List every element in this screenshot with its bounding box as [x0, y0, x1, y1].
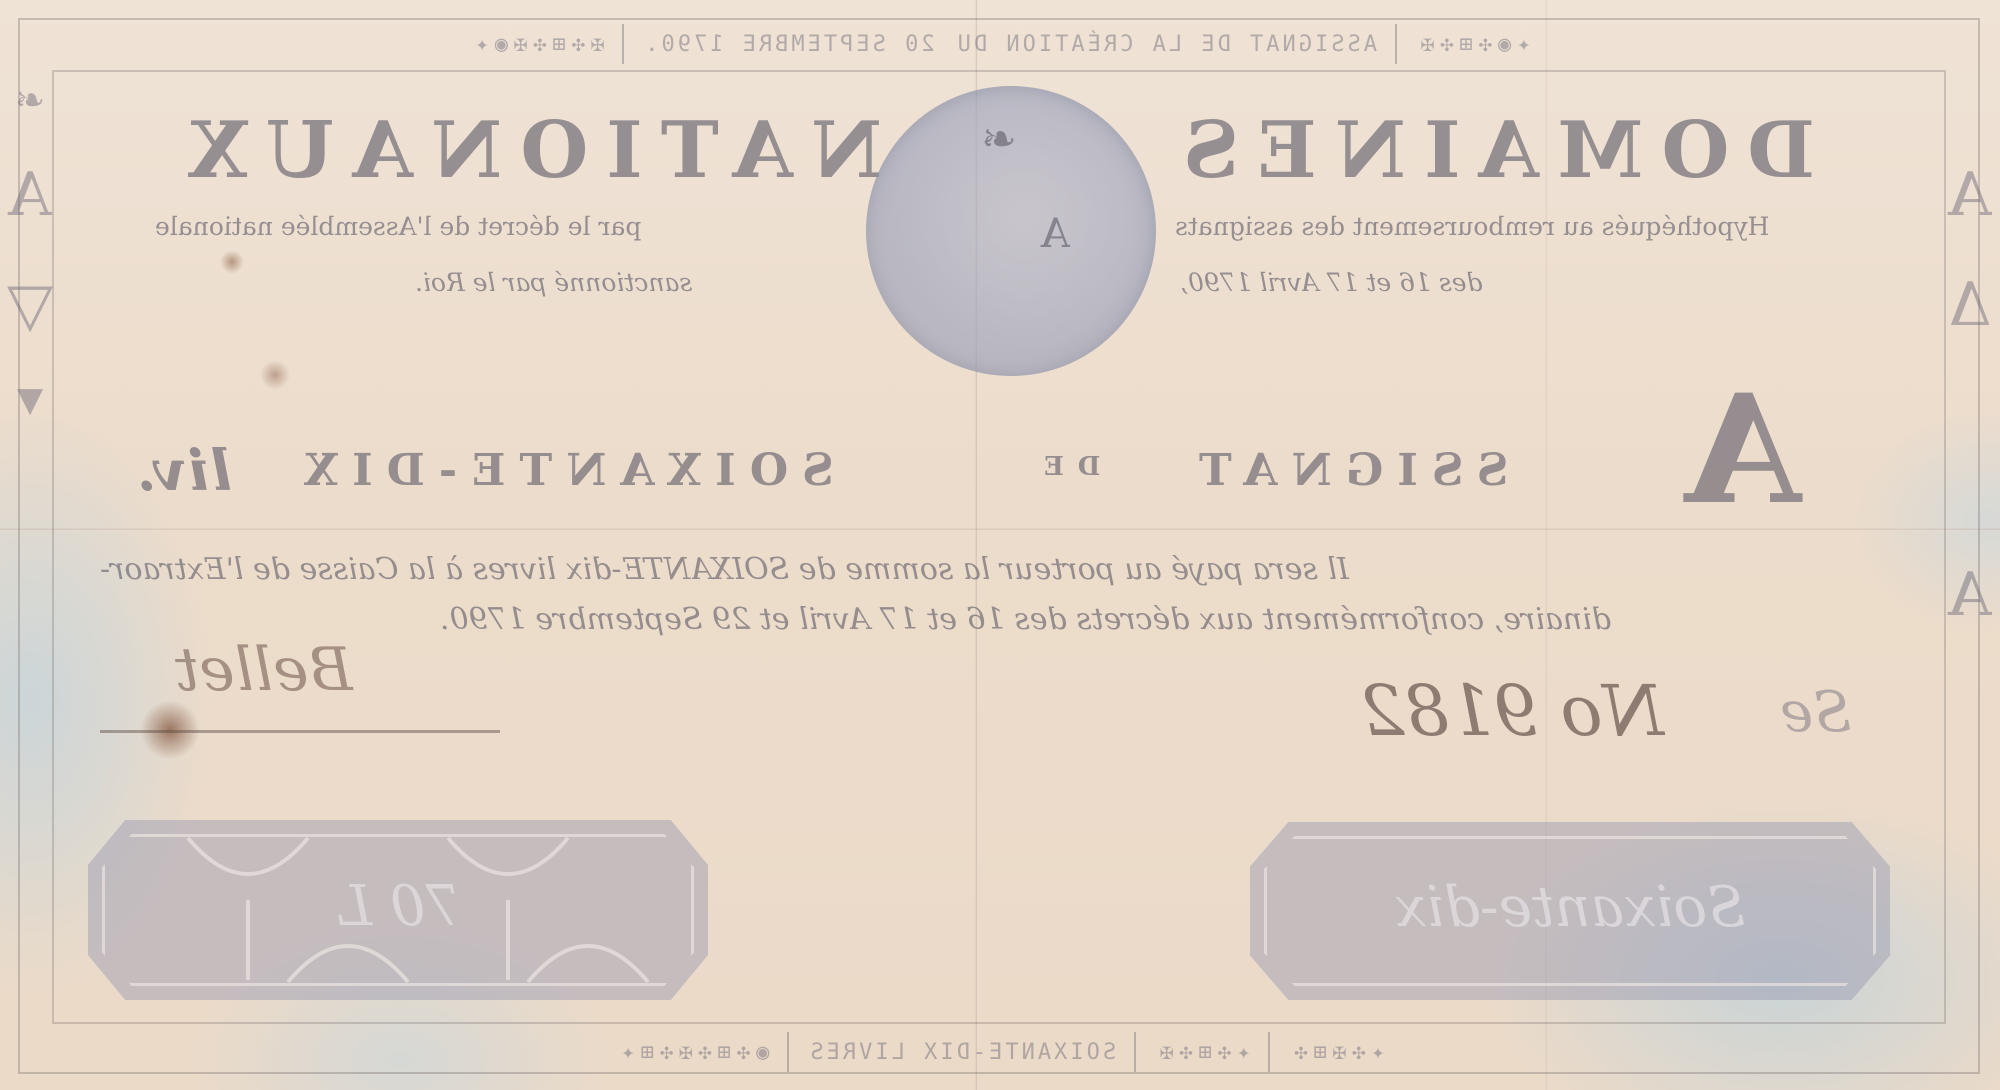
divider — [622, 24, 624, 64]
ornament-glyph: A — [1948, 160, 1991, 230]
cartouche-left-text: 70 L — [88, 874, 708, 939]
livres-abbrev: liv. — [135, 438, 232, 504]
divider — [1395, 24, 1397, 64]
seal-ornament-icon: ☙ — [981, 116, 1017, 162]
bottom-border-ornaments-right: ◉✣⊞✣✠✣⊞✦ — [615, 1040, 769, 1065]
ornament-glyph: ▽ — [7, 270, 53, 340]
top-border-text-center: 20 SEPTEMBRE 1790. — [642, 32, 934, 57]
cartouche-right: Soixante-dix — [1250, 822, 1890, 1000]
ornament-glyph: A — [1948, 560, 1991, 630]
banknote-photo: ✦◉✣⊞✣✠ ASSIGNAT DE LA CRÉATION DU 20 SEP… — [0, 0, 2000, 1090]
handwritten-paraphe: Se — [1780, 680, 1852, 745]
top-border-ornaments-right: ✠✣⊞✣✠◉✦ — [470, 32, 605, 57]
ornament-glyph: ☙ — [15, 80, 45, 120]
assignat-initial-letter: A — [1685, 362, 1801, 538]
bottom-border-ornaments-mid: ✦✣⊞✣✠ — [1154, 1040, 1250, 1065]
right-side-ornaments: A Δ A — [1950, 80, 1990, 980]
divider — [1268, 1032, 1270, 1072]
header-word-domaines: DOMAINES — [1165, 105, 1815, 196]
cartouche-right-text: Soixante-dix — [1250, 875, 1890, 940]
top-border-text-right: ASSIGNAT DE LA CRÉATION DU — [955, 32, 1377, 57]
serial-number: 9182 — [1360, 670, 1538, 752]
serial-prefix: No — [1560, 670, 1663, 752]
royal-seal-medallion: A ☙ — [866, 86, 1156, 376]
signature-underline — [100, 730, 500, 733]
amount-word: SOIXANTE-DIX — [290, 445, 834, 496]
handwritten-serial: No 9182 — [1360, 670, 1664, 752]
top-border: ✦◉✣⊞✣✠ ASSIGNAT DE LA CRÉATION DU 20 SEP… — [40, 20, 1960, 68]
handwritten-signature: Bellet — [175, 635, 353, 705]
divider — [787, 1032, 789, 1072]
foxing-spot — [220, 250, 244, 274]
bottom-border-text: SOIXANTE-DIX LIVRES — [807, 1040, 1116, 1065]
header-word-nationaux: NATIONAUX — [170, 105, 882, 196]
bottom-border: ✦✣✠⊞✣ ✦✣⊞✣✠ SOIXANTE-DIX LIVRES ◉✣⊞✣✠✣⊞✦ — [40, 1028, 1960, 1076]
subtitle-sanctionne: sanctionné par le Roi. — [415, 268, 692, 297]
top-border-ornaments-left: ✦◉✣⊞✣✠ — [1415, 32, 1530, 57]
body-line-2: dinaire, conformément aux décrets des 16… — [440, 602, 1611, 637]
cartouche-left: 70 L — [88, 820, 708, 1000]
ornament-glyph: ▼ — [17, 380, 43, 420]
body-line-1: Il sera payé au porteur la somme de SOIX… — [100, 552, 1349, 587]
left-side-ornaments: ☙ A ▽ ▼ — [10, 80, 50, 980]
foxing-spot — [260, 360, 290, 390]
bottom-border-ornaments-left: ✦✣✠⊞✣ — [1288, 1040, 1384, 1065]
subtitle-dates: des 16 et 17 Avril 1790, — [1180, 268, 1483, 297]
ornament-glyph: Δ — [1948, 270, 1991, 340]
ornament-glyph: A — [8, 160, 51, 230]
word-de: DE — [1030, 452, 1100, 482]
seal-letter-icon: A — [1041, 211, 1070, 257]
assignat-word: SSIGNAT — [1185, 445, 1508, 496]
divider — [1134, 1032, 1136, 1072]
subtitle-hypotheques: Hypothéqués au remboursement des assigna… — [1175, 212, 1769, 241]
subtitle-decret: par le décret de l'Assemblée nationale — [155, 212, 641, 241]
